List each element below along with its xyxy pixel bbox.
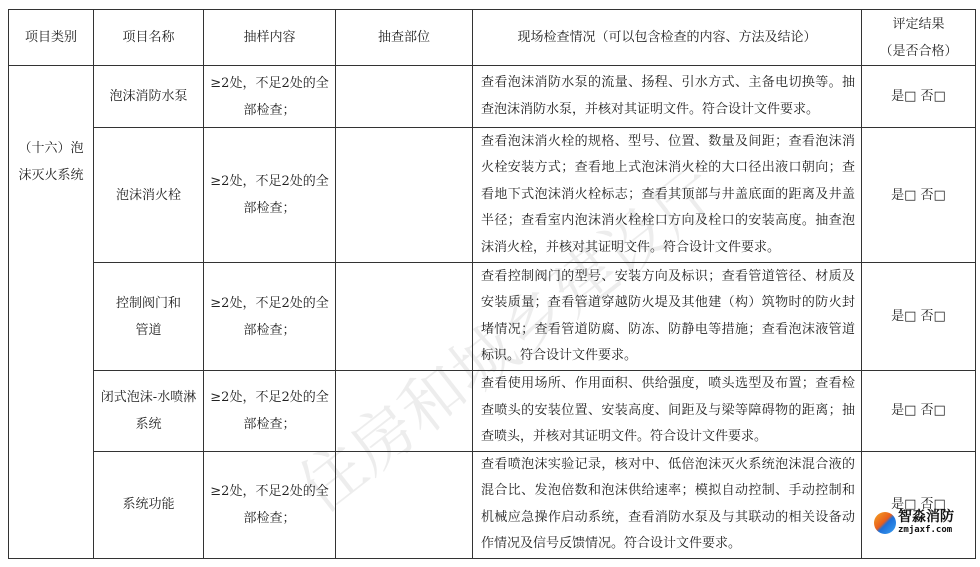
sampling-content: ≥2处，不足2处的全部检查； — [204, 451, 336, 558]
logo-name: 智淼消防 — [898, 510, 954, 524]
inspection-detail: 查看使用场所、作用面积、供给强度，喷头选型及布置；查看检查喷头的安装位置、安装高… — [473, 371, 862, 452]
header-sampling: 抽样内容 — [204, 10, 336, 66]
result-checkbox[interactable]: 是□ 否□ — [862, 263, 976, 371]
inspection-detail: 查看喷泡沫实验记录，核对中、低倍泡沫灭火系统泡沫混合液的混合比、发泡倍数和泡沫供… — [473, 451, 862, 558]
result-checkbox[interactable]: 是□ 否□ — [862, 66, 976, 128]
inspection-location[interactable] — [336, 128, 473, 263]
header-row: 项目类别 项目名称 抽样内容 抽查部位 现场检查情况（可以包含检查的内容、方法及… — [9, 10, 976, 66]
category-cell: （十六）泡沫灭火系统 — [9, 66, 94, 559]
inspection-location[interactable] — [336, 66, 473, 128]
inspection-location[interactable] — [336, 371, 473, 452]
sampling-content: ≥2处，不足2处的全部检查； — [204, 66, 336, 128]
logo-icon — [874, 512, 896, 534]
brand-logo: 智淼消防 zmjaxf.com — [874, 510, 954, 535]
header-result: 评定结果 （是否合格） — [862, 10, 976, 66]
table-row: （十六）泡沫灭火系统 泡沫消防水泵 ≥2处，不足2处的全部检查； 查看泡沫消防水… — [9, 66, 976, 128]
sampling-content: ≥2处，不足2处的全部检查； — [204, 128, 336, 263]
inspection-detail: 查看控制阀门的型号、安装方向及标识；查看管道管径、材质及安装质量；查看管道穿越防… — [473, 263, 862, 371]
result-checkbox[interactable]: 是□ 否□ — [862, 371, 976, 452]
inspection-location[interactable] — [336, 263, 473, 371]
item-name: 泡沫消火栓 — [94, 128, 204, 263]
header-inspection: 现场检查情况（可以包含检查的内容、方法及结论） — [473, 10, 862, 66]
table-row: 系统功能 ≥2处，不足2处的全部检查； 查看喷泡沫实验记录，核对中、低倍泡沫灭火… — [9, 451, 976, 558]
header-result-line2: （是否合格） — [866, 38, 971, 65]
result-checkbox[interactable]: 是□ 否□ — [862, 451, 976, 558]
inspection-table: 项目类别 项目名称 抽样内容 抽查部位 现场检查情况（可以包含检查的内容、方法及… — [8, 9, 976, 559]
table-row: 闭式泡沫-水喷淋系统 ≥2处，不足2处的全部检查； 查看使用场所、作用面积、供给… — [9, 371, 976, 452]
inspection-location[interactable] — [336, 451, 473, 558]
header-name: 项目名称 — [94, 10, 204, 66]
table-row: 泡沫消火栓 ≥2处，不足2处的全部检查； 查看泡沫消火栓的规格、型号、位置、数量… — [9, 128, 976, 263]
header-result-line1: 评定结果 — [866, 11, 971, 38]
inspection-detail: 查看泡沫消火栓的规格、型号、位置、数量及间距；查看泡沫消火栓安装方式；查看地上式… — [473, 128, 862, 263]
sampling-content: ≥2处，不足2处的全部检查； — [204, 371, 336, 452]
category-label: （十六）泡沫灭火系统 — [15, 135, 87, 189]
item-name: 系统功能 — [94, 451, 204, 558]
result-checkbox[interactable]: 是□ 否□ — [862, 128, 976, 263]
item-name: 泡沫消防水泵 — [94, 66, 204, 128]
sampling-content: ≥2处，不足2处的全部检查； — [204, 263, 336, 371]
item-name: 闭式泡沫-水喷淋系统 — [94, 371, 204, 452]
table-row: 控制阀门和管道 ≥2处，不足2处的全部检查； 查看控制阀门的型号、安装方向及标识… — [9, 263, 976, 371]
header-location: 抽查部位 — [336, 10, 473, 66]
inspection-detail: 查看泡沫消防水泵的流量、扬程、引水方式、主备电切换等。抽查泡沫消防水泵，并核对其… — [473, 66, 862, 128]
item-name: 控制阀门和管道 — [94, 263, 204, 371]
logo-url: zmjaxf.com — [898, 526, 954, 535]
header-category: 项目类别 — [9, 10, 94, 66]
